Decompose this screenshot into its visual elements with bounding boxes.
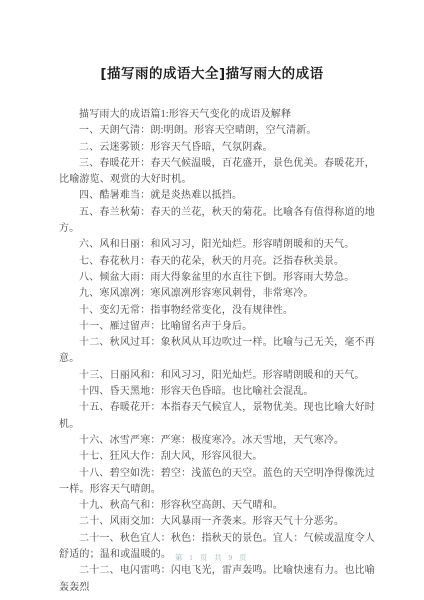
idiom-item: 十、变幻无常：指事物经常变化，没有规律性。 [59,303,375,319]
idiom-item: 七、春花秋月：春天的花朵，秋天的月亮。泛指春秋美景。 [59,254,375,270]
page-number-footer: 第 1 页 共 9 页 [0,552,424,563]
idiom-list: 一、天朗气清：朗:明朗。形容天空晴朗，空气清新。二、云迷雾锁：形容天气昏暗，气氛… [59,123,375,596]
idiom-item: 十五、春暖花开：本指春天气候宜人，景物优美。现也比喻大好时机。 [59,400,375,433]
idiom-item: 十九、秋高气和：形容秋空高朗、天气晴和。 [59,498,375,514]
idiom-item: 四、酷暑难当：就是炎热难以抵挡。 [59,188,375,204]
idiom-item: 八、倾盆大雨：雨大得象盆里的水直往下倒。形容雨大势急。 [59,270,375,286]
section-heading: 描写雨大的成语篇1:形容天气变化的成语及解释 [59,107,375,123]
idiom-item: 二、云迷雾锁：形容天气昏暗，气氛阴森。 [59,140,375,156]
idiom-item: 三、春暖花开：春天气候温暖，百花盛开，景色优美。春暖花开，比喻游览、观赏的大好时… [59,156,375,189]
idiom-item: 五、春兰秋菊：春天的兰花，秋天的菊花。比喻各有值得称道的地方。 [59,205,375,238]
page-title: [描写雨的成语大全]描写雨大的成语 [0,0,424,82]
idiom-item: 二十二、电闪雷鸣：闪电飞光，雷声轰鸣。比喻快速有力。也比喻轰轰烈 [59,563,375,596]
idiom-item: 十六、冰雪严寒：严寒：极度寒冷。冰天雪地，天气寒冷。 [59,433,375,449]
idiom-item: 十三、日丽风和：和风习习，阳光灿烂。形容晴朗暖和的天气。 [59,368,375,384]
idiom-item: 十二、秋风过耳：象秋风从耳边吹过一样。比喻与己无关，毫不再意。 [59,335,375,368]
idiom-item: 一、天朗气清：朗:明朗。形容天空晴朗，空气清新。 [59,123,375,139]
idiom-item: 十八、碧空如洗：碧空：浅蓝色的天空。蓝色的天空明净得像洗过一样。形容天气晴朗。 [59,466,375,499]
idiom-item: 九、寒风凛冽：寒风凛冽形容寒风刺骨，非常寒冷。 [59,286,375,302]
idiom-item: 十一、雁过留声：比喻留名声于身后。 [59,319,375,335]
document-page: [描写雨的成语大全]描写雨大的成语 描写雨大的成语篇1:形容天气变化的成语及解释… [0,0,424,600]
idiom-item: 六、风和日丽：和风习习，阳光灿烂。形容晴朗暖和的天气。 [59,237,375,253]
idiom-item: 十七、狂风大作：刮大风，形容风很大。 [59,449,375,465]
idiom-item: 二十、风雨交加：大风暴雨一齐袭来。形容天气十分恶劣。 [59,514,375,530]
idiom-item: 十四、昏天黑地：形容天色昏暗。也比喻社会混乱。 [59,384,375,400]
document-body: 描写雨大的成语篇1:形容天气变化的成语及解释 一、天朗气清：朗:明朗。形容天空晴… [0,107,424,596]
